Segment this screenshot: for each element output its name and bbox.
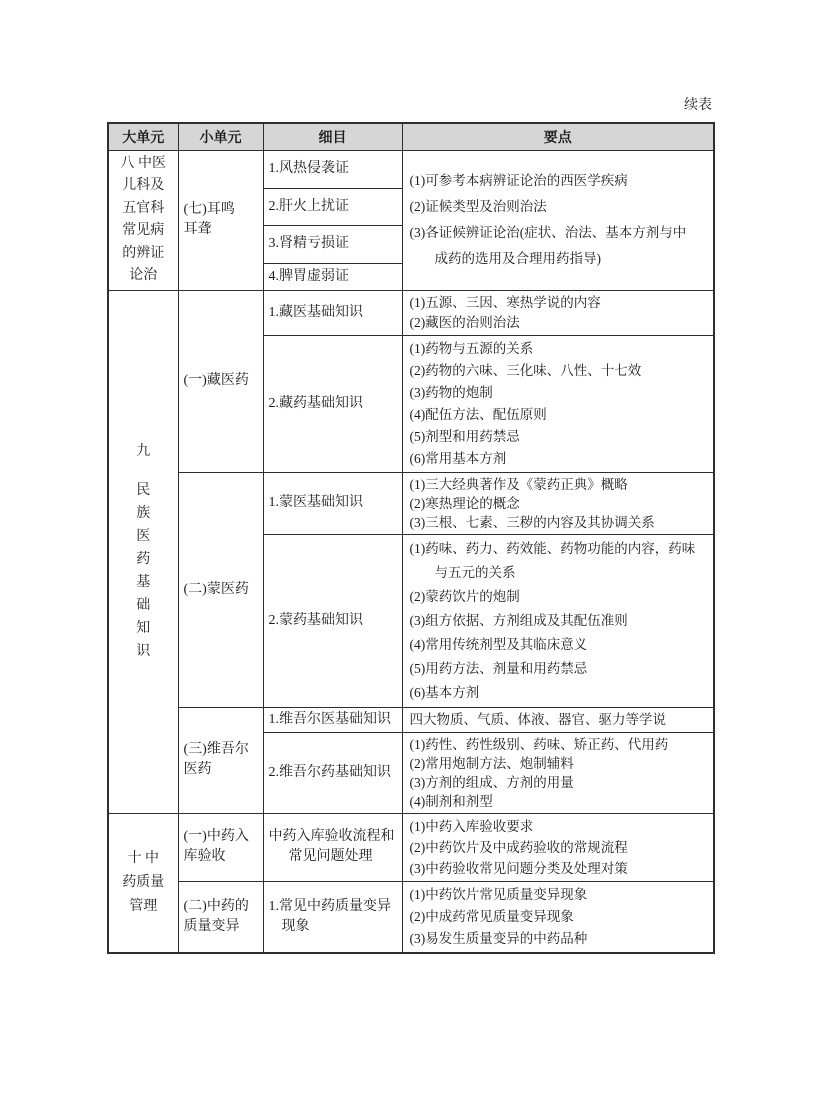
table-row: 十 中药质量管理 (一)中药入库验收 中药入库验收流程和 常见问题处理 (1)中… (108, 813, 714, 881)
unit9-points-mongolian-med: (1)三大经典著作及《蒙药正典》概略(2)寒热理论的概念(3)三根、七素、三秽的… (402, 472, 714, 534)
text-line: 药 (111, 548, 176, 571)
text-line: 1.维吾尔医基础知识 (269, 710, 400, 730)
table-header-row: 大单元 小单元 细目 要点 (108, 123, 714, 150)
unit8-detail-3: 3.肾精亏损证 (263, 225, 402, 263)
text-line: 2.藏药基础知识 (269, 394, 400, 414)
table-row: (三)维吾尔医药 1.维吾尔医基础知识 四大物质、气质、体液、器官、驱力等学说 (108, 707, 714, 732)
text-line: (6)基本方剂 (410, 681, 712, 705)
text-line: 库验收 (184, 847, 261, 867)
text-line: (1)中药入库验收要求 (410, 816, 712, 837)
text-line: (2)寒热理论的概念 (410, 494, 712, 513)
text-line: 耳聋 (184, 220, 261, 240)
text-line: 医 (111, 525, 176, 548)
unit8-detail-1: 1.风热侵袭证 (263, 150, 402, 188)
text-line: (3)中药验收常见问题分类及处理对策 (410, 858, 712, 879)
text-line: (1)药物与五源的关系 (410, 338, 712, 360)
text-line: 知 (111, 617, 176, 640)
unit8-major-cell: 八 中医儿科及五官科常见病的辨证论治 (108, 150, 178, 290)
text-line: (4)配伍方法、配伍原则 (410, 404, 712, 426)
text-line: 础 (111, 594, 176, 617)
text-line: (三)维吾尔 (184, 740, 261, 760)
text-line: (一)藏医药 (184, 371, 261, 391)
text-line: 八 中医 (111, 153, 176, 176)
unit9-detail-tibetan-drug: 2.藏药基础知识 (263, 335, 402, 472)
text-line: (1)药性、药性级别、药味、矫正药、代用药 (410, 735, 712, 754)
text-line: 1.风热侵袭证 (269, 159, 400, 179)
unit8-minor-cell: (七)耳鸣耳聋 (178, 150, 263, 290)
text-line: (2)蒙药饮片的炮制 (410, 585, 712, 609)
unit9-detail-mongolian-drug: 2.蒙药基础知识 (263, 534, 402, 707)
text-line: 成药的选用及合理用药指导) (410, 246, 712, 272)
unit8-points-cell: (1)可参考本病辨证论治的西医学疾病(2)证候类型及治则治法(3)各证候辨证论治… (402, 150, 714, 290)
text-line: (2)常用炮制方法、炮制辅料 (410, 754, 712, 773)
text-line: (5)剂型和用药禁忌 (410, 426, 712, 448)
text-line: (2)藏医的治则治法 (410, 313, 712, 333)
text-line: 四大物质、气质、体液、器官、驱力等学说 (410, 710, 712, 730)
text-line: (4)常用传统剂型及其临床意义 (410, 633, 712, 657)
text-line: 现象 (269, 917, 400, 937)
text-line: 1.藏医基础知识 (269, 303, 400, 323)
text-line: (6)常用基本方剂 (410, 448, 712, 470)
unit9-detail-mongolian-med: 1.蒙医基础知识 (263, 472, 402, 534)
text-line: (3)药物的炮制 (410, 382, 712, 404)
text-line: (二)中药的 (184, 897, 261, 917)
unit9-minor-cell-uyghur: (三)维吾尔医药 (178, 707, 263, 813)
header-key-points: 要点 (402, 123, 714, 150)
text-line: 基 (111, 571, 176, 594)
text-line: 九 (111, 440, 176, 463)
text-line: 3.肾精亏损证 (269, 234, 400, 254)
text-line: 论治 (111, 265, 176, 288)
text-line: (2)中药饮片及中成药验收的常规流程 (410, 837, 712, 858)
text-line: (3)三根、七素、三秽的内容及其协调关系 (410, 513, 712, 532)
text-line: (3)组方依据、方剂组成及其配伍准则 (410, 609, 712, 633)
text-line: 民 (111, 479, 176, 502)
text-line: (3)各证候辨证论治(症状、治法、基本方剂与中 (410, 220, 712, 246)
text-line: (1)中药饮片常见质量变异现象 (410, 884, 712, 906)
text-line: (二)蒙医药 (184, 580, 261, 600)
text-line: 常见问题处理 (269, 847, 400, 867)
text-line: 十 中 (111, 847, 176, 871)
table-row: (二)蒙医药 1.蒙医基础知识 (1)三大经典著作及《蒙药正典》概略(2)寒热理… (108, 472, 714, 534)
header-major-unit: 大单元 (108, 123, 178, 150)
text-line: (1)药味、药力、药效能、药物功能的内容，药味 (410, 537, 712, 561)
text-line: 中药入库验收流程和 (269, 827, 400, 847)
unit8-detail-4: 4.脾胃虚弱证 (263, 263, 402, 290)
text-line: 管理 (111, 895, 176, 919)
unit10-minor-cell-acceptance: (一)中药入库验收 (178, 813, 263, 881)
text-line: (2)中成药常见质量变异现象 (410, 906, 712, 928)
text-line: 与五元的关系 (410, 561, 712, 585)
text-line: 常见病 (111, 220, 176, 243)
table-row: 八 中医儿科及五官科常见病的辨证论治 (七)耳鸣耳聋 1.风热侵袭证 (1)可参… (108, 150, 714, 188)
unit9-minor-cell-mongolian: (二)蒙医药 (178, 472, 263, 707)
table-container: 续表 大单元 小单元 细目 要点 八 中医儿科及五官科常见病的辨证论治 (七)耳… (107, 96, 713, 954)
unit8-detail-2: 2.肝火上扰证 (263, 188, 402, 225)
text-line: (1)五源、三因、寒热学说的内容 (410, 293, 712, 313)
unit9-detail-uyghur-med: 1.维吾尔医基础知识 (263, 707, 402, 732)
unit10-points-acceptance: (1)中药入库验收要求(2)中药饮片及中成药验收的常规流程(3)中药验收常见问题… (402, 813, 714, 881)
text-line: (5)用药方法、剂量和用药禁忌 (410, 657, 712, 681)
unit9-major-cell: 九民族医药基础知识 (108, 290, 178, 813)
text-line: 质量变异 (184, 917, 261, 937)
unit10-major-cell: 十 中药质量管理 (108, 813, 178, 953)
continued-table-note: 续表 (107, 96, 713, 115)
text-line: 五官科 (111, 198, 176, 221)
text-line: (七)耳鸣 (184, 200, 261, 220)
text-line: 识 (111, 640, 176, 663)
text-line: (3)易发生质量变异的中药品种 (410, 928, 712, 950)
unit9-detail-uyghur-drug: 2.维吾尔药基础知识 (263, 732, 402, 813)
unit9-detail-tibetan-med: 1.藏医基础知识 (263, 290, 402, 335)
text-line: 药质量 (111, 871, 176, 895)
text-line: (2)证候类型及治则治法 (410, 194, 712, 220)
text-line: 1.蒙医基础知识 (269, 493, 400, 513)
text-line: 医药 (184, 760, 261, 780)
text-line: 1.常见中药质量变异 (269, 897, 400, 917)
text-line: (1)三大经典著作及《蒙药正典》概略 (410, 475, 712, 494)
text-line: 的辨证 (111, 243, 176, 266)
text-line: 4.脾胃虚弱证 (269, 267, 400, 287)
text-line: 2.肝火上扰证 (269, 197, 400, 217)
unit10-minor-cell-variation: (二)中药的质量变异 (178, 881, 263, 953)
text-line: (一)中药入 (184, 827, 261, 847)
text-line: 儿科及 (111, 175, 176, 198)
unit10-detail-variation: 1.常见中药质量变异 现象 (263, 881, 402, 953)
text-line: (2)药物的六味、三化味、八性、十七效 (410, 360, 712, 382)
header-minor-unit: 小单元 (178, 123, 263, 150)
text-line: 2.蒙药基础知识 (269, 611, 400, 631)
unit10-detail-acceptance: 中药入库验收流程和 常见问题处理 (263, 813, 402, 881)
text-line: 族 (111, 502, 176, 525)
unit9-points-uyghur-drug: (1)药性、药性级别、药味、矫正药、代用药(2)常用炮制方法、炮制辅料(3)方剂… (402, 732, 714, 813)
header-detail: 细目 (263, 123, 402, 150)
table-row: (二)中药的质量变异 1.常见中药质量变异 现象 (1)中药饮片常见质量变异现象… (108, 881, 714, 953)
text-line: 2.维吾尔药基础知识 (269, 763, 400, 783)
unit9-minor-cell-tibetan: (一)藏医药 (178, 290, 263, 472)
text-line: (3)方剂的组成、方剂的用量 (410, 773, 712, 792)
syllabus-table: 大单元 小单元 细目 要点 八 中医儿科及五官科常见病的辨证论治 (七)耳鸣耳聋… (107, 122, 715, 954)
unit9-points-uyghur-med: 四大物质、气质、体液、器官、驱力等学说 (402, 707, 714, 732)
text-line: (4)制剂和剂型 (410, 792, 712, 811)
unit10-points-variation: (1)中药饮片常见质量变异现象(2)中成药常见质量变异现象(3)易发生质量变异的… (402, 881, 714, 953)
table-row: 九民族医药基础知识 (一)藏医药 1.藏医基础知识 (1)五源、三因、寒热学说的… (108, 290, 714, 335)
unit9-points-mongolian-drug: (1)药味、药力、药效能、药物功能的内容，药味与五元的关系(2)蒙药饮片的炮制(… (402, 534, 714, 707)
unit9-points-tibetan-med: (1)五源、三因、寒热学说的内容(2)藏医的治则治法 (402, 290, 714, 335)
unit9-points-tibetan-drug: (1)药物与五源的关系(2)药物的六味、三化味、八性、十七效(3)药物的炮制(4… (402, 335, 714, 472)
text-line: (1)可参考本病辨证论治的西医学疾病 (410, 168, 712, 194)
